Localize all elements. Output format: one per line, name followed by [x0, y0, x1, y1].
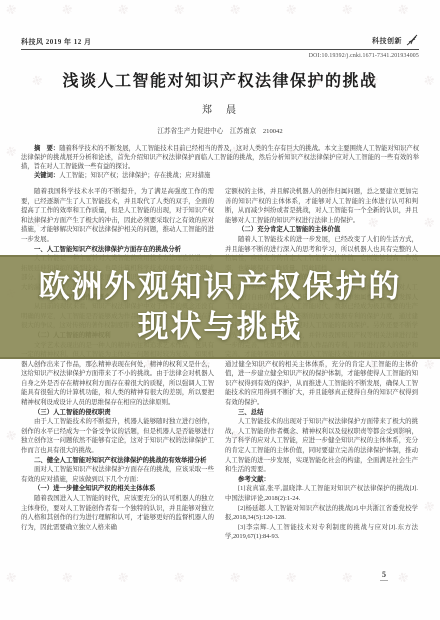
abstract-text: 随着科学技术的不断发展，人工智能技术目前已经相当的普及，这对人类的生存有巨大的挑… [21, 145, 419, 170]
reference-item: [2]杨延超.人工智能对知识产权法的挑战[J].中共浙江省委党校学报,2018,… [225, 504, 418, 523]
watermark-stamp-icon: ❉ [4, 569, 19, 588]
journal-column-label: 科技创新 [372, 36, 402, 46]
journal-column: 科技创新 [372, 34, 419, 47]
header-divider [21, 49, 419, 50]
watermark-stamp-icon: ❉ [4, 143, 19, 162]
doi-text: DOI:10.19392/j.cnki.1671-7341.201934005 [21, 53, 419, 59]
journal-leaf-logo-icon [405, 34, 419, 47]
banner-title-line1: 欧洲外观知识产权保护的 [39, 267, 402, 307]
body-paragraph: 定额权的主体，并且解决机器人的创作归属问题，总之要建立更加完善的知识产权的主体体… [225, 187, 418, 225]
body-paragraph: 人工智能技术的出现对于知识产权法律保护方面带来了极大的挑战，人工智能的作者概念、… [225, 417, 418, 475]
column-right: 定额权的主体，并且解决机器人的创作归属问题，总之要建立更加完善的知识产权的主体体… [225, 187, 418, 607]
journal-issue-label: 科技风 2019 年 12 月 [21, 37, 92, 47]
watermark-stamp-icon: ❉ [422, 498, 437, 517]
abstract-label: 摘 要： [34, 145, 59, 152]
body-paragraph: 面对人工智能知识产权法律保护方面存在的挑战，应该采取一些有效的应对措施，应该做到… [21, 465, 214, 484]
watermark-stamp-icon: ❉ [340, 1, 355, 20]
page-number: 5 [380, 570, 388, 581]
watermark-stamp-icon: ❉ [228, 1, 243, 20]
section-heading: 三、总结 [225, 408, 418, 418]
abstract-paragraph: 摘 要：随着科学技术的不断发展，人工智能技术目前已经相当的普及，这对人类的生存有… [21, 144, 419, 171]
two-column-body: 随着我国科学技术水平的不断提升，为了满足高强度工作的需要，已经逐渐产生了人工智能… [21, 187, 419, 607]
keywords-label: 关键词： [34, 172, 59, 179]
body-paragraph: 随着我国科学技术水平的不断提升，为了满足高强度工作的需要，已经逐渐产生了人工智能… [21, 187, 214, 245]
body-paragraph: 由于人工智能技术的不断提升，机器人能够随时独立进行创作，创作的水平已经成为一个备… [21, 417, 214, 455]
scanned-paper-page: ❉❉❉❉❉❉❉❉❉❉❉❉❉❉❉❉❉❉❉❉❉❉❉❉❉❉❉❉❉❉❉❉❉❉❉❉❉❉❉❉… [0, 0, 440, 620]
watermark-stamp-icon: ❉ [396, 1, 411, 20]
paper-affiliation: 江苏省生产力促进中心 江苏南京 210042 [21, 125, 419, 135]
watermark-stamp-icon: ❉ [116, 1, 131, 20]
body-paragraph: 随着我国进入人工智能的时代，应该要充分的认可机器人的独立主体身份，要对人工智能创… [21, 494, 214, 532]
banner-title-line2: 现状与挑战 [138, 307, 303, 347]
watermark-stamp-icon: ❉ [4, 1, 19, 20]
watermark-stamp-icon: ❉ [284, 1, 299, 20]
keywords-text: 人工智能；知识产权；法律保护；存在挑战；应对措施 [59, 172, 210, 179]
journal-header: 科技风 2019 年 12 月 科技创新 [21, 34, 419, 47]
section-heading: （一）进一步健全知识产权的相关主体体系 [21, 484, 214, 494]
paper-author: 郑 晨 [21, 101, 419, 116]
reference-item: [3]李宗辉.人工智能技术对专利制度的挑战与应对[J].东方法学,2019,67… [225, 523, 418, 542]
section-heading: 二、健全人工智能对知识产权法律保护的挑战的有效举措分析 [21, 456, 214, 466]
keywords-paragraph: 关键词：人工智能；知识产权；法律保护；存在挑战；应对措施 [21, 171, 419, 180]
section-heading: 参考文献： [225, 475, 418, 485]
abstract-block: 摘 要：随着科学技术的不断发展，人工智能技术目前已经相当的普及，这对人类的生存有… [21, 144, 419, 180]
section-heading: 一、人工智能知识产权法律保护方面存在的挑战分析 [21, 245, 214, 255]
reference-item: [1]袁真富,张平,温晓津.人工智能对知识产权法律保护的挑战[J].中国法律评论… [225, 484, 418, 503]
column-left: 随着我国科学技术水平的不断提升，为了满足高强度工作的需要，已经逐渐产生了人工智能… [21, 187, 214, 607]
paper-title: 浅谈人工智能对知识产权法律保护的挑战 [21, 68, 419, 91]
section-heading: （二）充分肯定人工智能的主体价值 [225, 225, 418, 235]
watermark-stamp-icon: ❉ [422, 72, 437, 91]
overlay-title-banner: 欧洲外观知识产权保护的 现状与挑战 [0, 255, 440, 359]
watermark-stamp-icon: ❉ [4, 427, 19, 446]
watermark-stamp-icon: ❉ [60, 1, 75, 20]
section-heading: （三）人工智能的侵权职责 [21, 408, 214, 418]
watermark-stamp-icon: ❉ [172, 1, 187, 20]
watermark-stamp-icon: ❉ [422, 214, 437, 233]
